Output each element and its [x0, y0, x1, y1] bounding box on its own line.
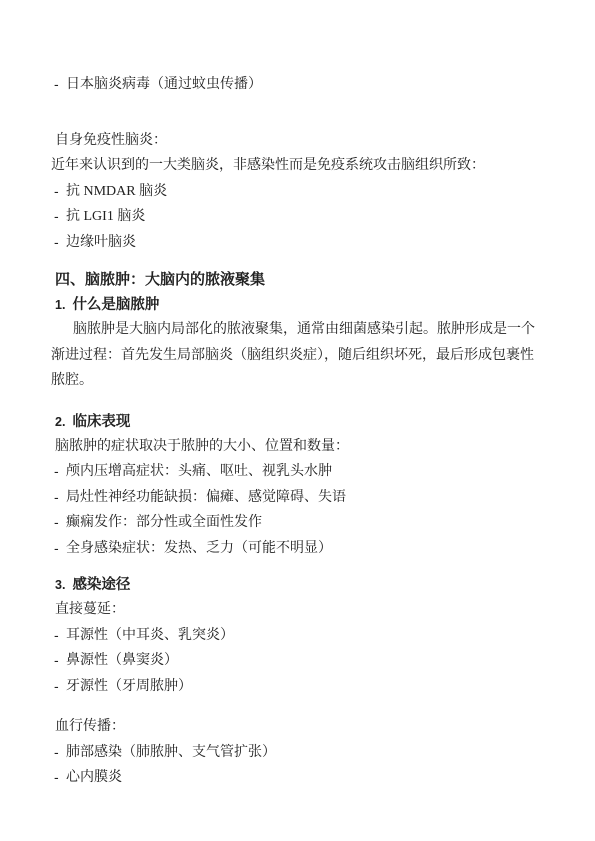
subheading-title: 临床表现 [72, 414, 130, 430]
bullet-marker: - [54, 204, 66, 230]
bullet-marker: - [54, 485, 66, 511]
hematogenous-title: 血行传播： [51, 714, 545, 740]
list-item-focal-deficit: - 局灶性神经功能缺损：偏瘫、感觉障碍、失语 [51, 485, 545, 511]
list-item-pulmonary: - 肺部感染（肺脓肿、支气管扩张） [51, 740, 545, 766]
bullet-marker: - [54, 740, 66, 766]
list-item-text: 抗 LGI1 脑炎 [66, 204, 145, 230]
list-item-rhinogenic: - 鼻源性（鼻窦炎） [51, 648, 545, 674]
list-item-text: 肺部感染（肺脓肿、支气管扩张） [66, 740, 276, 766]
list-item-otogenic: - 耳源性（中耳炎、乳突炎） [51, 623, 545, 649]
list-item-text: 癫痫发作：部分性或全面性发作 [66, 510, 262, 536]
list-item-text: 鼻源性（鼻窦炎） [66, 648, 178, 674]
list-item-text: 牙源性（牙周脓肿） [66, 674, 192, 700]
list-item-seizure: - 癫痫发作：部分性或全面性发作 [51, 510, 545, 536]
direct-spread-title: 直接蔓延： [51, 597, 545, 623]
list-item-jev: - 日本脑炎病毒（通过蚊虫传播） [51, 72, 545, 98]
bullet-marker: - [54, 765, 66, 791]
abscess-definition-paragraph: 脑脓肿是大脑内局部化的脓液聚集，通常由细菌感染引起。脓肿形成是一个渐进过程：首先… [51, 317, 545, 394]
subheading-title: 感染途径 [72, 577, 130, 593]
list-item-systemic: - 全身感染症状：发热、乏力（可能不明显） [51, 536, 545, 562]
bullet-marker: - [54, 459, 66, 485]
subheading-number: 2. [55, 415, 65, 429]
list-item-odontogenic: - 牙源性（牙周脓肿） [51, 674, 545, 700]
list-item-text: 局灶性神经功能缺损：偏瘫、感觉障碍、失语 [66, 485, 346, 511]
list-item-text: 日本脑炎病毒（通过蚊虫传播） [66, 72, 262, 98]
list-item-text: 抗 NMDAR 脑炎 [66, 179, 167, 205]
bullet-marker: - [54, 623, 66, 649]
list-item-icp: - 颅内压增高症状：头痛、呕吐、视乳头水肿 [51, 459, 545, 485]
document-page: - 日本脑炎病毒（通过蚊虫传播） 自身免疫性脑炎： 近年来认识到的一大类脑炎，非… [0, 0, 595, 841]
autoimmune-desc: 近年来认识到的一大类脑炎，非感染性而是免疫系统攻击脑组织所致： [51, 153, 545, 179]
bullet-marker: - [54, 536, 66, 562]
list-item-lgi1: - 抗 LGI1 脑炎 [51, 204, 545, 230]
list-item-nmdar: - 抗 NMDAR 脑炎 [51, 179, 545, 205]
subheading-clinical: 2.临床表现 [51, 410, 545, 434]
bullet-marker: - [54, 510, 66, 536]
bullet-marker: - [54, 230, 66, 256]
section-heading-brain-abscess: 四、脑脓肿：大脑内的脓液聚集 [51, 267, 545, 293]
subheading-what-is-abscess: 1.什么是脑脓肿 [51, 293, 545, 317]
list-item-limbic: - 边缘叶脑炎 [51, 230, 545, 256]
bullet-marker: - [54, 674, 66, 700]
list-item-text: 耳源性（中耳炎、乳突炎） [66, 623, 234, 649]
subheading-infection-routes: 3.感染途径 [51, 573, 545, 597]
list-item-text: 颅内压增高症状：头痛、呕吐、视乳头水肿 [66, 459, 332, 485]
list-item-text: 全身感染症状：发热、乏力（可能不明显） [66, 536, 332, 562]
autoimmune-title: 自身免疫性脑炎： [51, 128, 545, 154]
subheading-number: 1. [55, 298, 65, 312]
subheading-number: 3. [55, 578, 65, 592]
bullet-marker: - [54, 179, 66, 205]
list-item-text: 边缘叶脑炎 [66, 230, 136, 256]
bullet-marker: - [54, 72, 66, 98]
list-item-endocarditis: - 心内膜炎 [51, 765, 545, 791]
subheading-title: 什么是脑脓肿 [72, 297, 159, 313]
list-item-text: 心内膜炎 [66, 765, 122, 791]
clinical-lead: 脑脓肿的症状取决于脓肿的大小、位置和数量： [51, 434, 545, 460]
bullet-marker: - [54, 648, 66, 674]
